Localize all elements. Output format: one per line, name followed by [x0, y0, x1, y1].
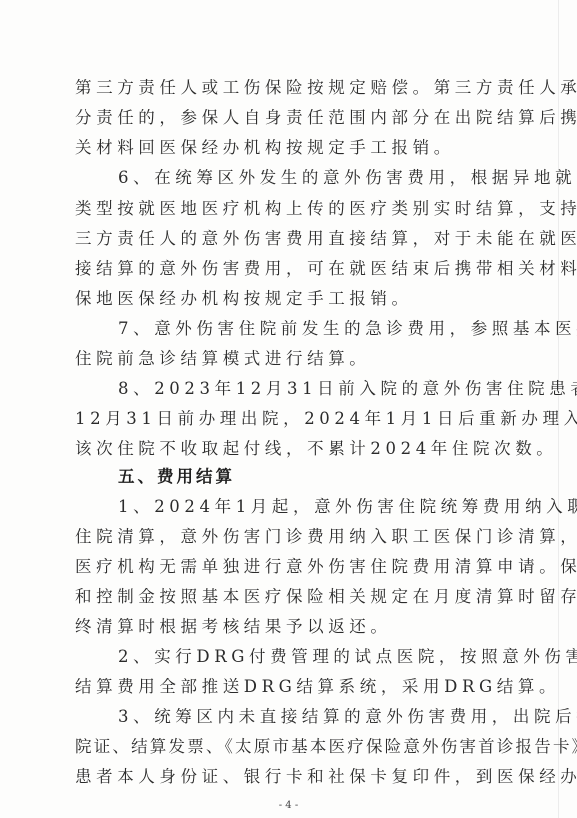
text-line: 接结算的意外伤害费用，可在就医结束后携带相关材料回参 [75, 254, 495, 284]
text-line: 保地医保经办机构按规定手工报销。 [75, 284, 495, 314]
paragraph-1-start: 1、2024年1月起，意外伤害住院统筹费用纳入职工医保 [118, 492, 538, 522]
paragraph-2-start: 2、实行DRG付费管理的试点医院，按照意外伤害住院的 [118, 642, 538, 672]
text-line: 第三方责任人或工伤保险按规定赔偿。第三方责任人承担部 [75, 73, 495, 103]
paragraph-3-start: 3、统筹区内未直接结算的意外伤害费用，出院后携带出 [118, 702, 538, 732]
text-line: 结算费用全部推送DRG结算系统，采用DRG结算。 [75, 672, 495, 702]
text-line: 终清算时根据考核结果予以返还。 [75, 612, 495, 642]
text-line: 医疗机构无需单独进行意外伤害住院费用清算申请。保证金 [75, 552, 495, 582]
text-line: 院证、结算发票、《太原市基本医疗保险意外伤害首诊报告卡》、 [75, 732, 495, 762]
paragraph-6-start: 6、在统筹区外发生的意外伤害费用，根据异地就医备案 [118, 163, 538, 193]
section-heading: 五、费用结算 [118, 462, 538, 492]
text-line: 住院前急诊结算模式进行结算。 [75, 344, 495, 374]
document-page: 第三方责任人或工伤保险按规定赔偿。第三方责任人承担部 分责任的，参保人自身责任范… [0, 0, 577, 818]
text-line: 类型按就医地医疗机构上传的医疗类别实时结算，支持无第 [75, 194, 495, 224]
page-number: - 4 - [0, 800, 577, 811]
paragraph-7-start: 7、意外伤害住院前发生的急诊费用，参照基本医疗保险 [118, 314, 538, 344]
text-line: 三方责任人的意外伤害费用直接结算，对于未能在就医地直 [75, 224, 495, 254]
text-line: 12月31日前办理出院，2024年1月1日后重新办理入院， [75, 404, 495, 434]
text-line: 和控制金按照基本医疗保险相关规定在月度清算时留存，年 [75, 582, 495, 612]
paragraph-8-start: 8、2023年12月31日前入院的意外伤害住院患者，应在 [118, 374, 538, 404]
text-line: 关材料回医保经办机构按规定手工报销。 [75, 133, 495, 163]
text-line: 患者本人身份证、银行卡和社保卡复印件，到医保经办机构 [75, 762, 495, 792]
text-line: 该次住院不收取起付线，不累计2024年住院次数。 [75, 434, 495, 464]
text-line: 住院清算，意外伤害门诊费用纳入职工医保门诊清算，定点 [75, 522, 495, 552]
text-line: 分责任的，参保人自身责任范围内部分在出院结算后携带相 [75, 103, 495, 133]
